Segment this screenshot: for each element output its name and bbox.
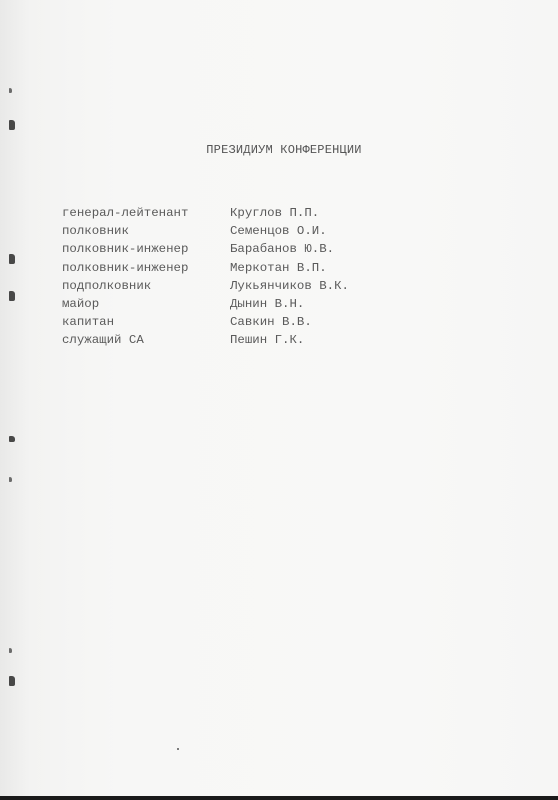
list-item: капитан Савкин В.В. [62,313,349,331]
member-rank: подполковник [62,277,230,295]
binding-mark [9,676,15,686]
list-item: полковник-инженер Меркотан В.П. [62,259,349,277]
member-rank: майор [62,295,230,313]
binding-mark [9,120,15,130]
member-rank: полковник-инженер [62,259,230,277]
list-item: майор Дынин В.Н. [62,295,349,313]
paper-speck [177,748,179,750]
list-item: служащий СА Пешин Г.К. [62,331,349,349]
list-item: полковник-инженер Барабанов Ю.В. [62,240,349,258]
member-name: Меркотан В.П. [230,259,327,277]
presidium-list: генерал-лейтенант Круглов П.П. полковник… [62,204,349,350]
list-item: генерал-лейтенант Круглов П.П. [62,204,349,222]
scanned-page: ПРЕЗИДИУМ КОНФЕРЕНЦИИ генерал-лейтенант … [0,0,558,800]
member-name: Барабанов Ю.В. [230,240,334,258]
member-name: Савкин В.В. [230,313,312,331]
member-name: Пешин Г.К. [230,331,304,349]
binding-mark [9,254,15,264]
document-title: ПРЕЗИДИУМ КОНФЕРЕНЦИИ [0,143,558,157]
list-item: подполковник Лукьянчиков В.К. [62,277,349,295]
binding-mark [9,477,12,482]
member-name: Круглов П.П. [230,204,319,222]
member-name: Дынин В.Н. [230,295,304,313]
binding-mark [9,291,15,301]
member-rank: полковник-инженер [62,240,230,258]
member-rank: генерал-лейтенант [62,204,230,222]
binding-mark [9,436,15,442]
binding-mark [9,648,12,653]
scan-edge [0,796,558,800]
member-rank: служащий СА [62,331,230,349]
binding-mark [9,88,12,93]
member-rank: полковник [62,222,230,240]
list-item: полковник Семенцов О.И. [62,222,349,240]
member-name: Семенцов О.И. [230,222,327,240]
member-rank: капитан [62,313,230,331]
member-name: Лукьянчиков В.К. [230,277,349,295]
